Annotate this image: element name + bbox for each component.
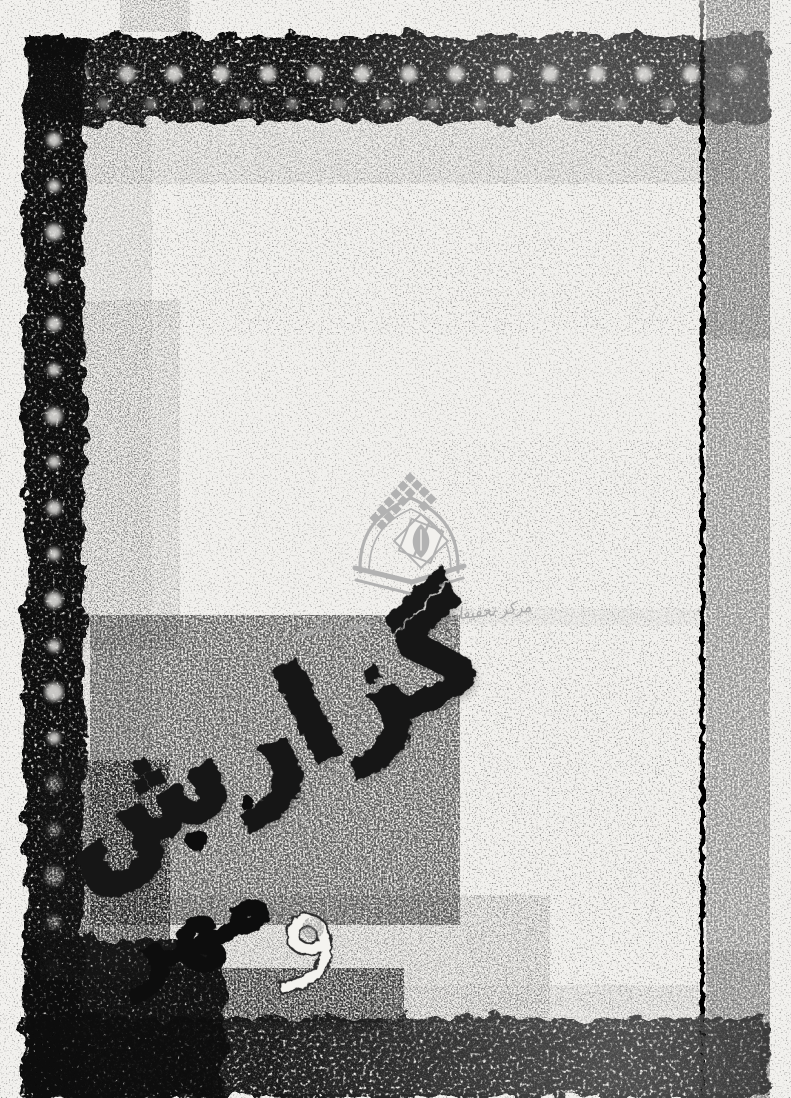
scan-canvas: مرکز تحقیقات کامپیوتری علوم اسلامی گزارش… bbox=[0, 0, 791, 1098]
right-texture-band bbox=[706, 0, 770, 1098]
scanned-cover-page: مرکز تحقیقات کامپیوتری علوم اسلامی گزارش… bbox=[0, 0, 791, 1098]
right-edge-line bbox=[700, 0, 705, 1098]
